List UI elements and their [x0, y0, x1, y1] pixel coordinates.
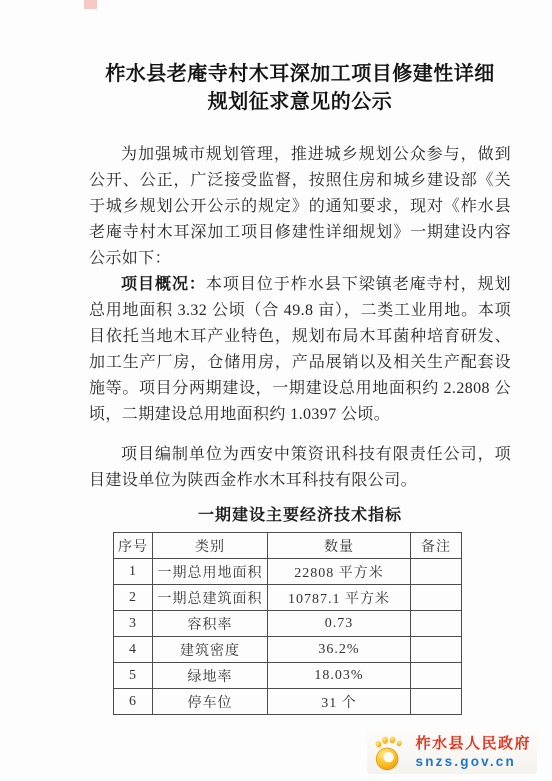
cell-quantity: 31 个 — [268, 689, 411, 715]
cell-quantity: 18.03% — [268, 663, 411, 689]
col-header-category: 类别 — [153, 533, 268, 559]
cell-remark — [411, 689, 462, 715]
cell-remark — [411, 585, 462, 611]
paragraph-units: 项目编制单位为西安中策资讯科技有限责任公司，项目建设单位为陕西金柞水木耳科技有限… — [89, 442, 511, 494]
cell-category: 绿地率 — [153, 663, 268, 689]
table-row: 3 容积率 0.73 — [114, 611, 462, 637]
notice-text: 为加强城市规划管理，推进城乡规划公众参与，做到公开、公正，广泛接受监督，按照住房… — [89, 142, 511, 494]
paragraph-intro: 为加强城市规划管理，推进城乡规划公众参与，做到公开、公正，广泛接受监督，按照住房… — [89, 142, 511, 272]
document-body: 柞水县老庵寺村木耳深加工项目修建性详细规划征求意见的公示 为加强城市规划管理，推… — [89, 0, 511, 715]
notice-page: 柞水县老庵寺村木耳深加工项目修建性详细规划征求意见的公示 为加强城市规划管理，推… — [0, 0, 552, 781]
cell-category: 停车位 — [153, 689, 268, 715]
cell-quantity: 36.2% — [268, 637, 411, 663]
table-row: 2 一期总建筑面积 10787.1 平方米 — [114, 585, 462, 611]
cell-quantity: 0.73 — [268, 611, 411, 637]
table-header-row: 序号 类别 数量 备注 — [114, 533, 462, 559]
cell-quantity: 10787.1 平方米 — [268, 585, 411, 611]
paragraph-overview-lead: 项目概况： — [121, 276, 206, 293]
cell-index: 2 — [114, 585, 153, 611]
cell-index: 6 — [114, 689, 153, 715]
col-header-quantity: 数量 — [268, 533, 411, 559]
cell-remark — [411, 611, 462, 637]
cell-category: 容积率 — [153, 611, 268, 637]
cell-category: 建筑密度 — [153, 637, 268, 663]
cell-index: 5 — [114, 663, 153, 689]
footer-text: 柞水县人民政府 snzs.gov.cn — [415, 735, 531, 770]
cell-remark — [411, 637, 462, 663]
col-header-index: 序号 — [114, 533, 153, 559]
cell-index: 1 — [114, 559, 153, 585]
cell-index: 4 — [114, 637, 153, 663]
table-row: 6 停车位 31 个 — [114, 689, 462, 715]
footprint-icon — [373, 734, 404, 771]
table-row: 4 建筑密度 36.2% — [114, 637, 462, 663]
government-site-name: 柞水县人民政府 — [415, 735, 531, 752]
col-header-remark: 备注 — [411, 533, 462, 559]
government-site-logo[interactable]: 柞水县人民政府 snzs.gov.cn — [367, 730, 537, 774]
paragraph-overview-text: 本项目位于柞水县下梁镇老庵寺村，规划总用地面积 3.32 公顷（合 49.8 亩… — [89, 276, 511, 423]
cell-category: 一期总用地面积 — [153, 559, 268, 585]
cell-quantity: 22808 平方米 — [268, 559, 411, 585]
cell-remark — [411, 663, 462, 689]
table-row: 1 一期总用地面积 22808 平方米 — [114, 559, 462, 585]
government-site-url: snzs.gov.cn — [415, 754, 531, 770]
notice-title: 柞水县老庵寺村木耳深加工项目修建性详细规划征求意见的公示 — [89, 60, 511, 116]
indicators-table: 序号 类别 数量 备注 1 一期总用地面积 22808 平方米 2 一期总建筑面… — [113, 532, 462, 715]
cell-category: 一期总建筑面积 — [153, 585, 268, 611]
paragraph-overview: 项目概况：本项目位于柞水县下梁镇老庵寺村，规划总用地面积 3.32 公顷（合 4… — [89, 272, 511, 428]
cell-remark — [411, 559, 462, 585]
table-caption: 一期建设主要经济技术指标 — [89, 504, 511, 528]
table-row: 5 绿地率 18.03% — [114, 663, 462, 689]
cell-index: 3 — [114, 611, 153, 637]
